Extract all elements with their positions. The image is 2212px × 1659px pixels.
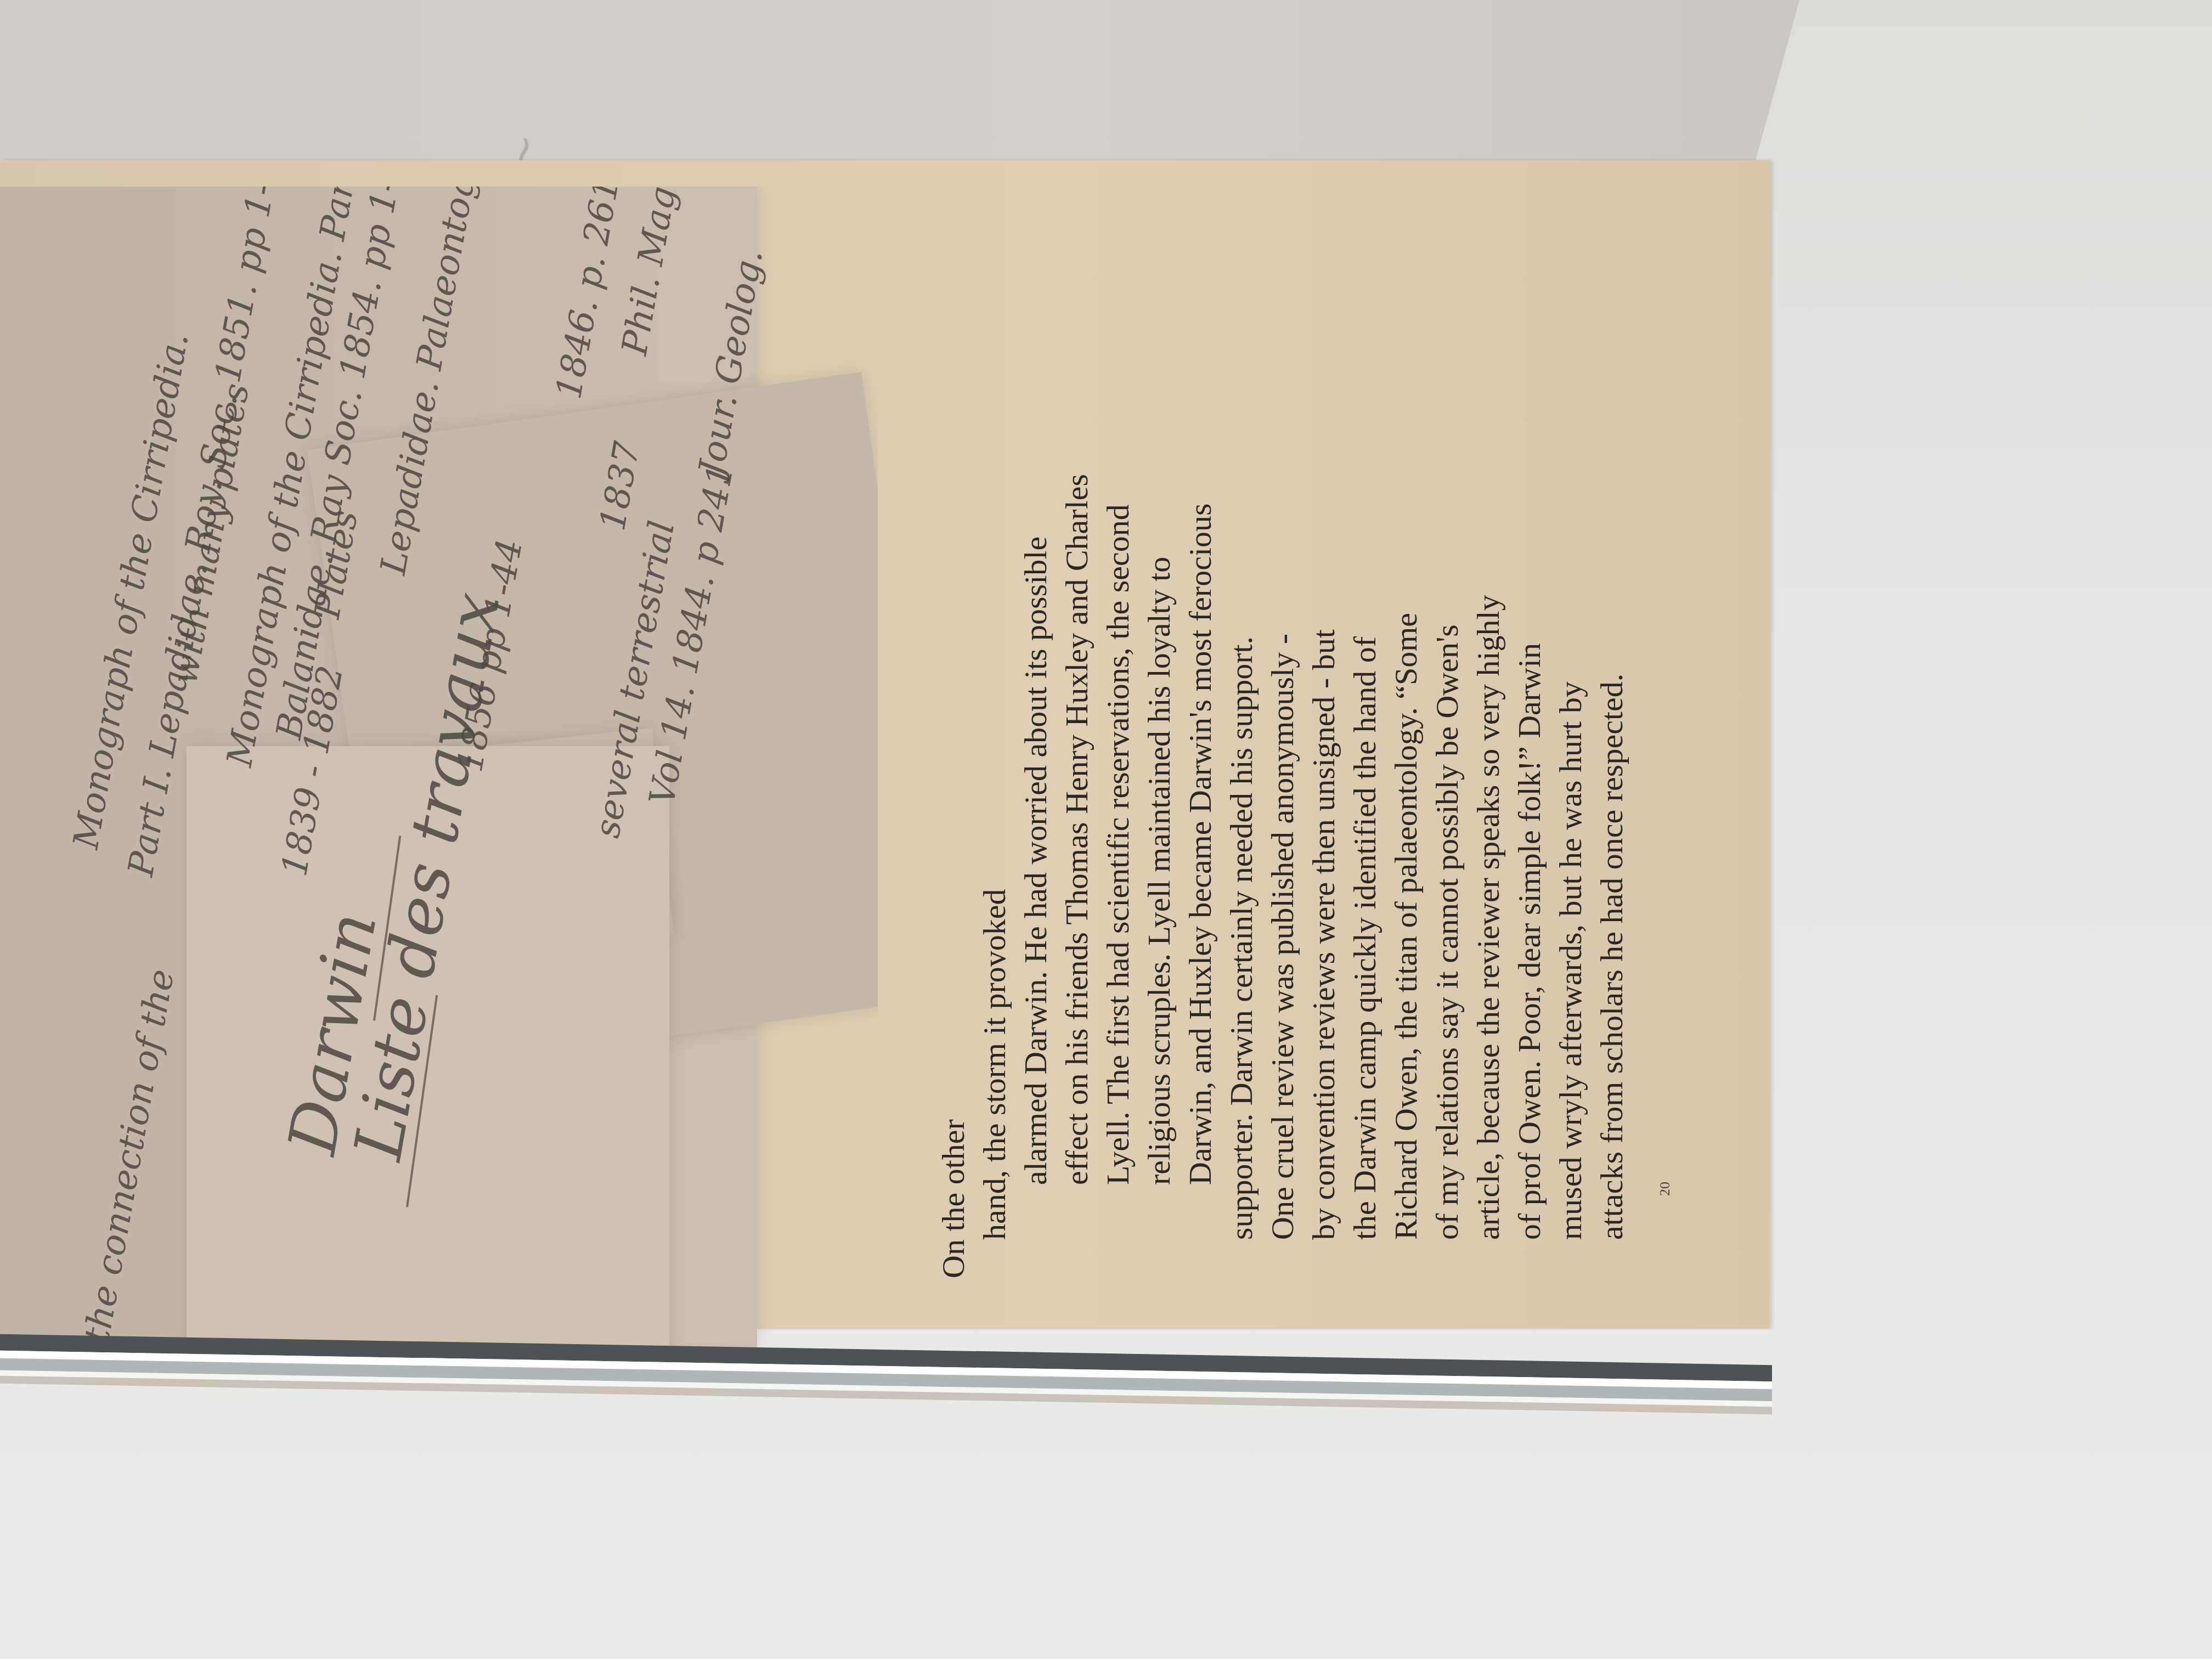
underlying-page: ~ [0, 0, 1799, 165]
photo-scene: ~ Monograph of the Cirripedia. Part I. L… [0, 0, 2212, 1659]
book-page-edges [0, 1339, 1772, 1410]
article-line: On the other [933, 488, 974, 1278]
article-line: of prof Owen. Poor, dear simple folk!” D… [1509, 488, 1550, 1278]
article-body: On the other hand, the storm it provoked… [933, 488, 1632, 1278]
article-line: mused wryly afterwards, but he was hurt … [1550, 488, 1591, 1278]
page-number: 20 [1657, 1182, 1673, 1196]
article-line: article, because the reviewer speaks so … [1468, 488, 1509, 1278]
article-line: by convention reviews were then unsigned… [1303, 488, 1344, 1278]
article-line: One cruel review was published anonymous… [1262, 488, 1303, 1278]
article-line: Darwin, and Huxley became Darwin's most … [1180, 488, 1221, 1278]
article-line: hand, the storm it provoked [974, 488, 1015, 1278]
article-line: religious scruples. Lyell maintained his… [1138, 488, 1180, 1278]
manuscript-collage: Monograph of the Cirripedia. Part I. Lep… [0, 187, 878, 1350]
article-line: attacks from scholars he had once respec… [1591, 488, 1632, 1278]
article-line: of my relations say it cannot possibly b… [1426, 488, 1468, 1278]
article-line: effect on his friends Thomas Henry Huxle… [1056, 488, 1097, 1278]
article-line: the Darwin camp quickly identified the h… [1344, 488, 1385, 1278]
article-line: Lyell. The first had scientific reservat… [1097, 488, 1138, 1278]
article-line: alarmed Darwin. He had worried about its… [1015, 488, 1056, 1278]
article-line: supporter. Darwin certainly needed his s… [1221, 488, 1262, 1278]
article-line: Richard Owen, the titan of palaeontology… [1385, 488, 1426, 1278]
